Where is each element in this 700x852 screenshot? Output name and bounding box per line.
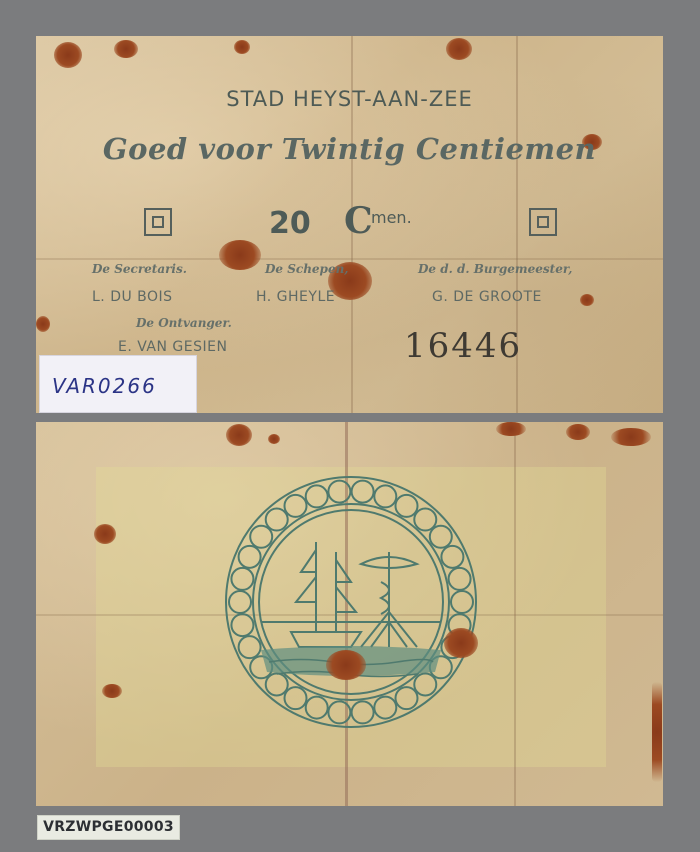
city-seal-icon [221,472,481,732]
stain [326,650,366,680]
handwritten-inventory-tag: VAR0266 [39,355,197,413]
stain [94,524,116,544]
archive-label: VRZWPGE00003 [37,815,180,840]
stain [611,428,651,446]
signatory-name: E. VAN GESIEN [118,339,227,355]
stain [219,240,261,270]
stain [268,434,280,444]
ornament-square-icon [144,208,172,236]
stain [566,424,590,440]
stain [234,40,250,54]
handwritten-tag-text: VAR0266 [52,374,157,398]
denomination-text: Goed voor Twintig Centiemen [36,132,663,166]
signatory-title: De Schepen, [265,262,348,276]
stain [580,294,594,306]
stain [114,40,138,58]
signatory-name: G. DE GROOTE [432,289,542,305]
stain [652,682,662,782]
stain [36,316,50,332]
stain [444,628,478,658]
stain [446,38,472,60]
signatory-title: De d. d. Burgemeester, [418,262,572,276]
banknote-back [36,422,663,806]
value-letter: C [344,200,373,242]
value-number: 20 [269,206,311,241]
stain [54,42,82,68]
value-suffix: men. [371,208,412,227]
signatory-name: H. GHEYLE [256,289,335,305]
stain [226,424,252,446]
serial-number: 16446 [404,326,522,366]
issuer-title: STAD HEYST-AAN-ZEE [36,87,663,111]
ornament-square-icon [529,208,557,236]
stain [496,422,526,436]
stain [102,684,122,698]
fold-line [36,258,663,260]
signatory-name: L. DU BOIS [92,289,173,305]
signatory-title: De Ontvanger. [136,316,232,330]
signatory-title: De Secretaris. [92,262,187,276]
